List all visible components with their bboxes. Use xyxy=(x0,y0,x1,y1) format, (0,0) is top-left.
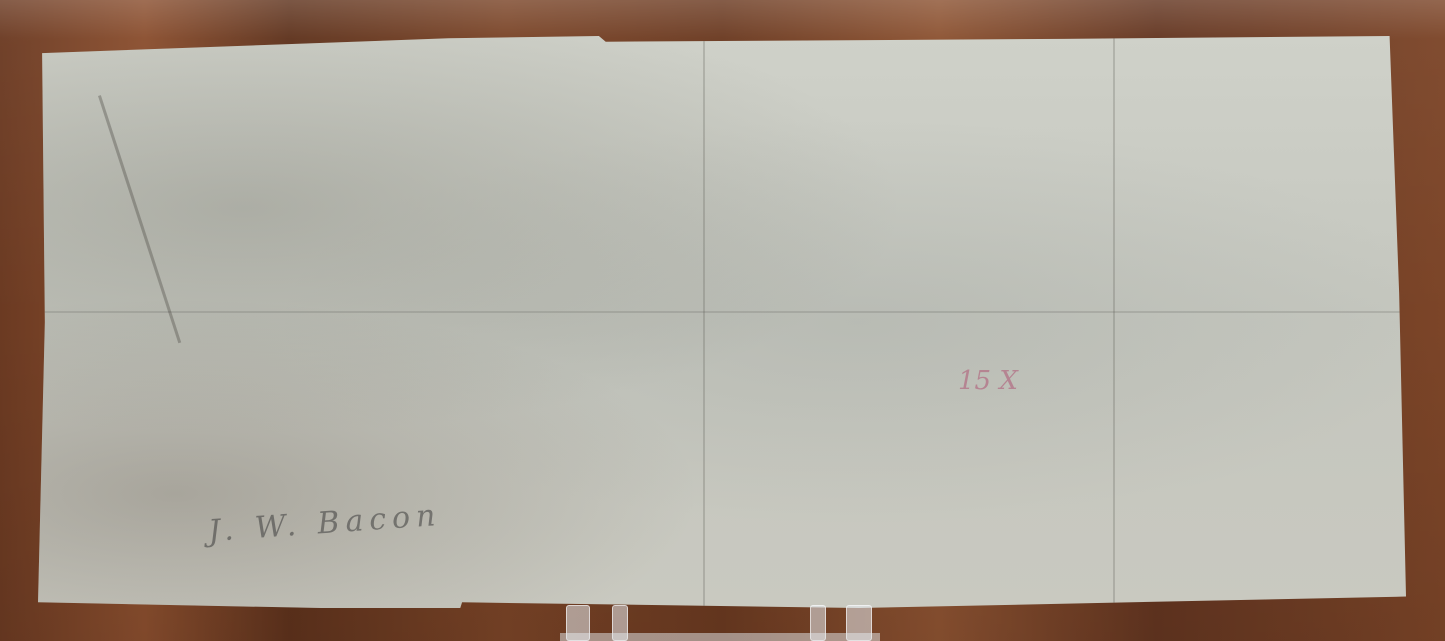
fold-line-horizontal xyxy=(38,311,1406,313)
stain-streak xyxy=(98,95,181,343)
banknote-back: J. W. Bacon 15 X xyxy=(38,36,1406,608)
fold-line-vertical xyxy=(1113,36,1115,608)
handwritten-signature: J. W. Bacon xyxy=(207,498,442,549)
stand-base xyxy=(560,633,880,641)
fold-line-vertical xyxy=(703,36,705,608)
pencil-notation: 15 X xyxy=(958,366,1018,396)
